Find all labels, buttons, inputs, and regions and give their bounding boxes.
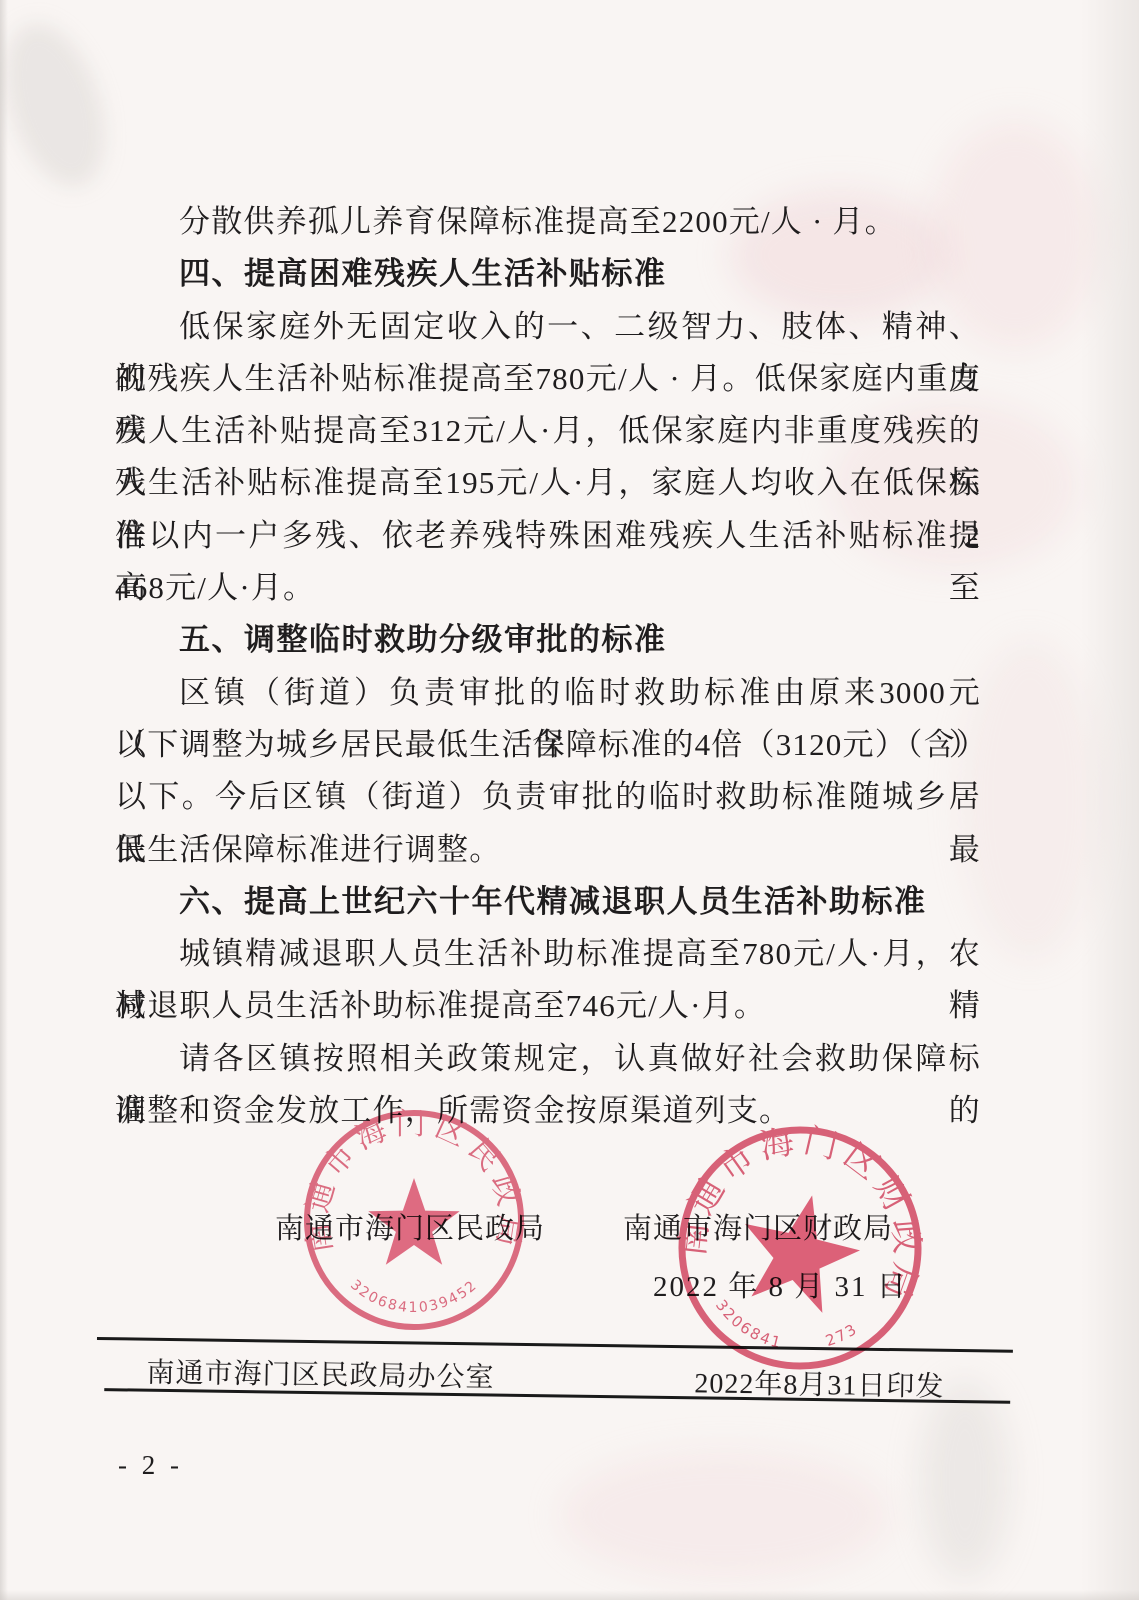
seal-number: 3206841039452 [347,1277,481,1316]
page-number: - 2 - [118,1450,183,1481]
doc-line: 分散供养孤儿养育保障标准提高至2200元/人 · 月。 [115,196,981,248]
footer-rule-top [97,1337,1013,1353]
svg-text:3206841039452: 3206841039452 [347,1277,481,1316]
doc-line: 的残疾人生活补贴标准提高至780元/人 · 月。低保家庭内重度残 [115,353,981,405]
doc-line: 人生活补贴标准提高至195元/人·月，家庭人均收入在低保标准2 [115,457,981,509]
doc-line: 低保家庭外无固定收入的一、二级智力、肢体、精神、视力 [115,301,981,353]
scan-edge-shadow [1081,0,1139,1600]
doc-line: 倍以内一户多残、依老养残特殊困难残疾人生活补贴标准提高至 [115,510,981,562]
gray-scan-streak [920,1380,1010,1580]
doc-line: 城镇精减退职人员生活补助标准提高至780元/人·月，农村精 [115,928,981,980]
scan-edge-shadow [0,0,8,1600]
section-heading-4: 四、提高困难残疾人生活补贴标准 [115,248,981,300]
gray-scan-streak [0,10,124,199]
document-footer: 南通市海门区民政局办公室 2022年8月31日印发 [96,1337,1013,1406]
pink-bleedthrough-smudge [560,1450,890,1580]
doc-line: 疾人生活补贴提高至312元/人·月，低保家庭内非重度残疾的残疾 [115,405,981,457]
scan-edge-shadow [0,1590,1139,1600]
signature-finance-bureau: 南通市海门区财政局 [623,1206,893,1247]
section-heading-6: 六、提高上世纪六十年代精减退职人员生活补助标准 [115,876,981,928]
doc-line: 请各区镇按照相关政策规定，认真做好社会救助保障标准的 [115,1033,981,1085]
pink-bleedthrough-smudge [960,640,1100,960]
signature-date: 2022 年 8 月 31 日 [653,1264,908,1305]
doc-line: 区镇（街道）负责审批的临时救助标准由原来3000元（含） [115,667,981,719]
signature-civil-affairs-bureau: 南通市海门区民政局 [275,1206,545,1247]
doc-line: 以下。今后区镇（街道）负责审批的临时救助标准随城乡居民最 [115,771,981,823]
document-body: 分散供养孤儿养育保障标准提高至2200元/人 · 月。 四、提高困难残疾人生活补… [115,196,981,1137]
doc-line: 以下调整为城乡居民最低生活保障标准的4倍（3120元）（含） [115,719,981,771]
scanned-document-page: 分散供养孤儿养育保障标准提高至2200元/人 · 月。 四、提高困难残疾人生活补… [0,0,1139,1600]
section-heading-5: 五、调整临时救助分级审批的标准 [115,614,981,666]
